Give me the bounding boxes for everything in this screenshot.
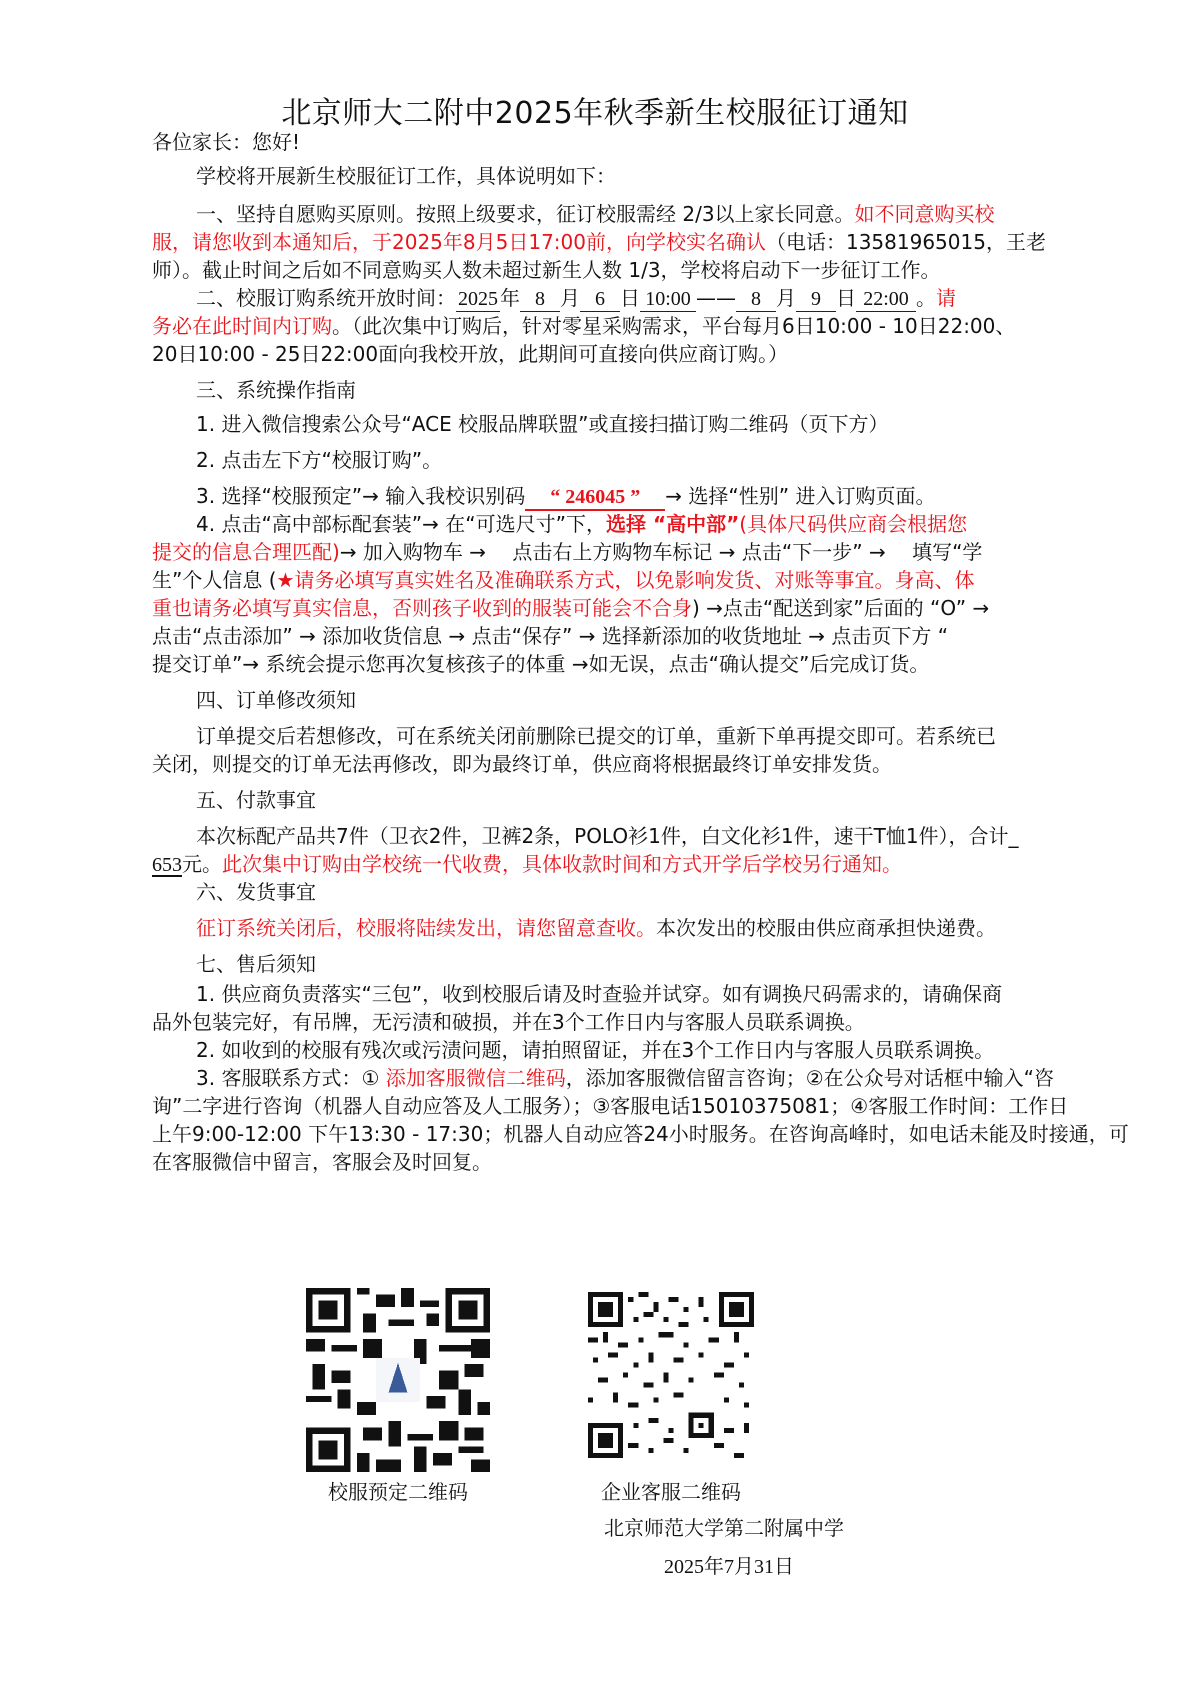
- qr-code-order-icon[interactable]: [306, 1288, 490, 1472]
- qr-code-service-icon[interactable]: [588, 1292, 754, 1458]
- greeting: 各位家长：您好!: [152, 128, 1032, 156]
- total-amount: 653: [152, 854, 182, 876]
- section5-line2: 653元。此次集中订购由学校统一代收费，具体收款时间和方式开学后学校另行通知。: [152, 850, 1032, 879]
- section2-line1: 二、校服订购系统开放时间：2025年8月6日10:00——8月9日22:00。请: [152, 284, 1076, 312]
- page-title: 北京师大二附中2025年秋季新生校服征订通知: [0, 88, 1190, 132]
- section7-item1-line2: 品外包装完好，有吊牌，无污渍和破损，并在3个工作日内与客服人员联系调换。: [152, 1008, 1032, 1036]
- section4-heading: 四、订单修改须知: [152, 686, 1076, 714]
- signature-date: 2025年7月31日: [664, 1550, 794, 1579]
- qr-caption-service: 企业客服二维码: [566, 1476, 776, 1505]
- section3-heading: 三、系统操作指南: [152, 376, 1076, 404]
- section5-heading: 五、付款事宜: [152, 786, 1076, 814]
- section3-step3: 3. 选择“校服预定”→ 输入我校识别码“ 246045 ”→ 选择“性别” 进…: [152, 482, 1076, 511]
- section2-line3: 20日10:00 - 25日22:00面向我校开放，此期间可直接向供应商订购。）: [152, 340, 1032, 368]
- section6-heading: 六、发货事宜: [152, 878, 1076, 906]
- section7-item2: 2. 如收到的校服有残次或污渍问题，请拍照留证，并在3个工作日内与客服人员联系调…: [152, 1036, 1076, 1064]
- section3-step4-line5: 点击“点击添加” → 添加收货信息 → 点击“保存” → 选择新添加的收货地址 …: [152, 622, 1032, 650]
- section1-line2: 服，请您收到本通知后，于2025年8月5日17:00前，向学校实名确认（电话：1…: [152, 228, 1032, 256]
- section6-line1: 征订系统关闭后，校服将陆续发出，请您留意查收。本次发出的校服由供应商承担快递费。: [152, 914, 1076, 942]
- notice-document: 北京师大二附中2025年秋季新生校服征订通知 各位家长：您好! 学校将开展新生校…: [0, 0, 1190, 1683]
- section3-step4-line4: 重也请务必填写真实信息，否则孩子收到的服装可能会不合身) →点击“配送到家”后面…: [152, 594, 1032, 622]
- section3-step4-line2: 提交的信息合理匹配)→ 加入购物车 → 点击右上方购物车标记 → 点击“下一步”…: [152, 538, 1032, 566]
- section3-step4-line1: 4. 点击“高中部标配套装”→ 在“可选尺寸”下，选择 “高中部”(具体尺码供应…: [152, 510, 1076, 538]
- section7-item3-line2: 询”二字进行咨询（机器人自动应答及人工服务）；③客服电话15010375081；…: [152, 1092, 1032, 1120]
- section1-line1: 一、坚持自愿购买原则。按照上级要求，征订校服需经 2/3以上家长同意。如不同意购…: [152, 200, 1076, 228]
- section3-step4-line6: 提交订单”→ 系统会提示您再次复核孩子的体重 →如无误，点击“确认提交”后完成订…: [152, 650, 1032, 678]
- section5-line1: 本次标配产品共7件（卫衣2件，卫裤2条，POLO衫1件，白文化衫1件，速干T恤1…: [152, 822, 1076, 850]
- section7-item1-line1: 1. 供应商负责落实“三包”，收到校服后请及时查验并试穿。如有调换尺码需求的，请…: [152, 980, 1076, 1008]
- section7-item3-line3: 上午9:00-12:00 下午13:30 - 17:30；机器人自动应答24小时…: [152, 1120, 1032, 1148]
- qr-caption-order: 校服预定二维码: [296, 1476, 500, 1505]
- section1-line3: 师）。截止时间之后如不同意购买人数未超过新生人数 1/3，学校将启动下一步征订工…: [152, 256, 1032, 284]
- school-code: “ 246045 ”: [525, 485, 665, 511]
- signature-org: 北京师范大学第二附属中学: [604, 1512, 844, 1541]
- section3-step2: 2. 点击左下方“校服订购”。: [152, 446, 1076, 474]
- section4-line1: 订单提交后若想修改，可在系统关闭前删除已提交的订单，重新下单再提交即可。若系统已: [152, 722, 1076, 750]
- section4-line2: 关闭，则提交的订单无法再修改，即为最终订单，供应商将根据最终订单安排发货。: [152, 750, 1032, 778]
- section7-heading: 七、售后须知: [152, 950, 1076, 978]
- section3-step4-line3: 生”个人信息 (★请务必填写真实姓名及准确联系方式，以免影响发货、对账等事宜。身…: [152, 566, 1032, 594]
- section7-item3-line1: 3. 客服联系方式：① 添加客服微信二维码，添加客服微信留言咨询；②在公众号对话…: [152, 1064, 1076, 1092]
- intro: 学校将开展新生校服征订工作，具体说明如下：: [152, 162, 1076, 190]
- section3-step1: 1. 进入微信搜索公众号“ACE 校服品牌联盟”或直接扫描订购二维码（页下方）: [152, 410, 1076, 438]
- section7-item3-line4: 在客服微信中留言，客服会及时回复。: [152, 1148, 1032, 1176]
- section2-line2: 务必在此时间内订购。（此次集中订购后，针对零星采购需求，平台每月6日10:00 …: [152, 312, 1032, 340]
